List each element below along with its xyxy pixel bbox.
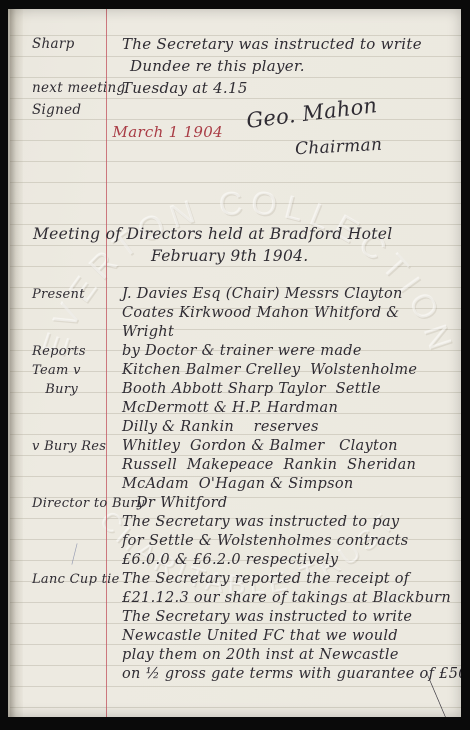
minute-line: Tuesday at 4.15 [106, 77, 453, 99]
ledger-page: EVERTON COLLECTION EVERTON COLLECTION CH… [8, 9, 461, 717]
minute-line: Wright [122, 323, 461, 342]
minute-line: McDermott & H.P. Hardman [122, 399, 461, 418]
minute-line: play them on 20th inst at Newcastle [122, 646, 461, 665]
handwritten-content: Sharp The Secretary was instructed to wr… [8, 9, 461, 717]
margin-note: Team v Bury [32, 361, 106, 437]
minute-line: £21.12.3 our share of takings at Blackbu… [122, 589, 461, 608]
scanned-minute-book-page: { "document": { "type": "handwritten-min… [0, 0, 470, 730]
previous-minutes-block: Sharp The Secretary was instructed to wr… [32, 33, 453, 165]
minutes-block: Present J. Davies Esq (Chair) Messrs Cla… [32, 285, 457, 684]
margin-note: Reports [32, 342, 106, 361]
minute-line: Coates Kirkwood Mahon Whitford & [122, 304, 461, 323]
minute-line: Dr Whitford [122, 494, 461, 513]
minute-line: McAdam O'Hagan & Simpson [122, 475, 461, 494]
margin-note [32, 513, 106, 570]
meeting-heading-line1: Meeting of Directors held at Bradford Ho… [33, 223, 393, 245]
margin-note-sharp: Sharp [32, 33, 106, 55]
minute-line: Newcastle United FC that we would [122, 627, 461, 646]
minute-line: Whitley Gordon & Balmer Clayton [122, 437, 461, 456]
meeting-heading: Meeting of Directors held at Bradford Ho… [33, 223, 393, 267]
minute-line: Dilly & Rankin reserves [122, 418, 461, 437]
minute-line: Booth Abbott Sharp Taylor Settle [122, 380, 461, 399]
minute-line: Dundee re this player. [106, 55, 453, 77]
minute-line: Kitchen Balmer Crelley Wolstenholme [122, 361, 461, 380]
margin-note: Lanc Cup tie [32, 570, 106, 684]
minute-line: for Settle & Wolstenholmes contracts [122, 532, 461, 551]
margin-note: v Bury Res [32, 437, 106, 494]
minute-line: J. Davies Esq (Chair) Messrs Clayton [122, 285, 461, 304]
margin-note: Present [32, 285, 106, 342]
minute-line: The Secretary reported the receipt of [122, 570, 461, 589]
minute-line: Russell Makepeace Rankin Sheridan [122, 456, 461, 475]
minute-line: £6.0.0 & £6.2.0 respectively [122, 551, 461, 570]
minute-line: The Secretary was instructed to pay [122, 513, 461, 532]
margin-note-next-meeting: next meeting [32, 77, 106, 99]
minute-line: The Secretary was instructed to write [122, 608, 461, 627]
minute-line: by Doctor & trainer were made [122, 342, 461, 361]
minute-line: The Secretary was instructed to write [106, 33, 453, 55]
meeting-heading-line2: February 9th 1904. [151, 245, 393, 267]
minute-line: on ½ gross gate terms with guarantee of … [122, 665, 461, 684]
margin-note: Director to Bury [32, 494, 106, 513]
signed-date-red-ink: March 1 1904 [113, 123, 223, 141]
margin-note-signed: Signed [32, 99, 106, 165]
